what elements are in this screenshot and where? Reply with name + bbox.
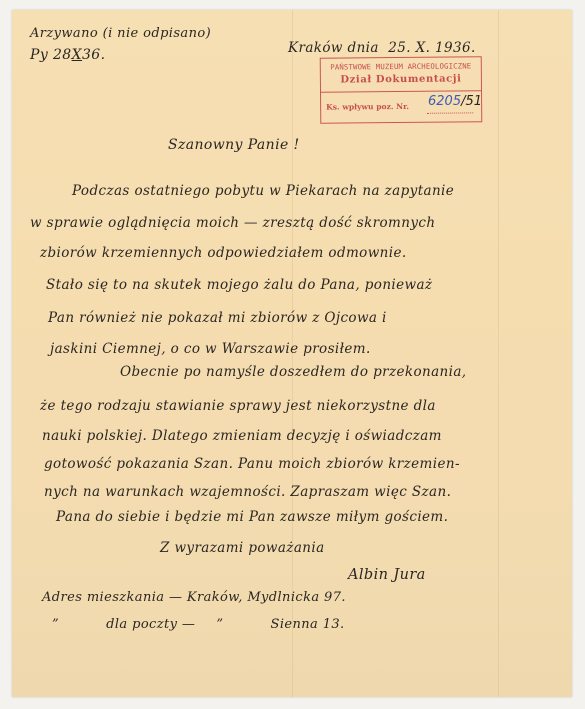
body-line: że tego rodzaju stawianie sprawy jest ni… — [40, 398, 436, 414]
archive-annotation-line1: Arzywano (i nie odpisano) — [30, 26, 211, 41]
stamp-dotted-line — [427, 112, 473, 113]
signature: Albin Jura — [348, 567, 426, 583]
stamp-registry-label: Ks. wpływu poz. Nr. — [326, 102, 409, 112]
address-postal-street: Sienna 13. — [271, 617, 345, 632]
body-line: Obecnie po namyśle doszedłem do przekona… — [120, 364, 466, 380]
annotation-month: X — [72, 47, 82, 63]
address-postal-label: dla poczty — — [106, 617, 195, 632]
body-line: gotowość pokazania Szan. Panu moich zbio… — [44, 456, 460, 472]
dateline: Kraków dnia 25. X. 1936. — [288, 40, 476, 56]
body-line: zbiorów krzemiennych odpowiedziałem odmo… — [40, 245, 407, 261]
body-line: nych na warunkach wzajemności. Zapraszam… — [44, 484, 451, 500]
registry-number-suffix: /51 — [461, 94, 482, 109]
ditto-mark: ” — [52, 617, 59, 632]
closing: Z wyrazami poważania — [160, 540, 325, 556]
body-line: jaskini Ciemnej, o co w Warszawie prosił… — [50, 341, 371, 357]
registry-number: 6205/51 — [428, 94, 482, 109]
registry-number-value: 6205 — [428, 94, 461, 109]
body-line: Podczas ostatniego pobytu w Piekarach na… — [72, 183, 454, 199]
paper-fold-line — [498, 10, 499, 697]
annotation-day: Py 28 — [30, 47, 72, 63]
archive-annotation-line2: Py 28X36. — [30, 47, 105, 63]
body-line: Pan również nie pokazał mi zbiorów z Ojc… — [48, 310, 387, 326]
body-line: w sprawie oglądnięcia moich — zresztą do… — [30, 215, 435, 231]
stamp-institution: PAŃSTWOWE MUZEUM ARCHEOLOGICZNE — [325, 61, 477, 71]
ditto-mark: ” — [216, 617, 223, 632]
salutation: Szanowny Panie ! — [168, 137, 300, 153]
body-line: nauki polskiej. Dlatego zmieniam decyzję… — [42, 428, 442, 444]
body-line: Stało się to na skutek mojego żalu do Pa… — [46, 277, 432, 293]
dateline-place: Kraków dnia — [288, 40, 379, 56]
museum-registration-stamp: PAŃSTWOWE MUZEUM ARCHEOLOGICZNE Dział Do… — [320, 56, 483, 123]
address-line2: ” dla poczty — ” Sienna 13. — [52, 617, 345, 632]
stamp-divider — [321, 90, 481, 93]
dateline-date: 25. X. 1936. — [388, 40, 475, 56]
body-line: Pana do siebie i będzie mi Pan zawsze mi… — [56, 509, 448, 525]
stamp-department: Dział Dokumentacji — [325, 73, 477, 85]
address-line1: Adres mieszkania — Kraków, Mydlnicka 97. — [42, 590, 346, 605]
annotation-year: 36. — [82, 47, 105, 63]
